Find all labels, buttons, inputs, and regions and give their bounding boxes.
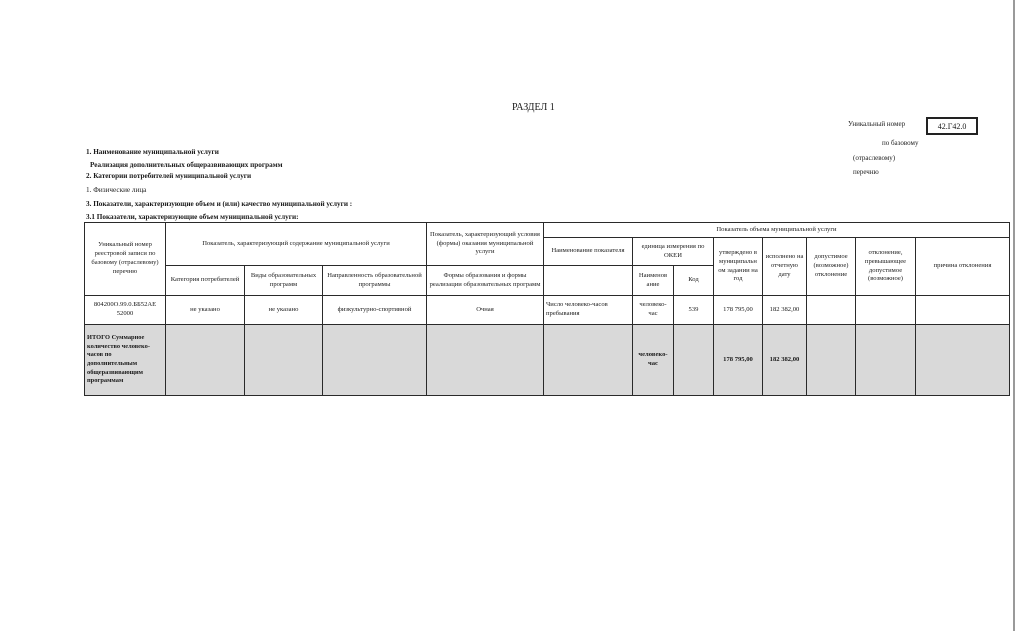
total-executed: 182 382,00 xyxy=(763,325,807,396)
total-empty xyxy=(674,325,714,396)
item1-heading: 1. Наименование муниципальной услуги xyxy=(86,148,219,156)
header-allowed-deviation: допустимое (возможное) отклонение xyxy=(807,238,856,296)
unique-number-line2: по базовому xyxy=(882,139,918,147)
cell-approved: 178 795,00 xyxy=(714,296,763,325)
total-empty xyxy=(323,325,427,396)
header-unique-record: Уникальный номер реестровой записи по ба… xyxy=(85,223,166,296)
header-approved: утверждено в муниципальн ом задании на г… xyxy=(714,238,763,296)
unique-number-line4: перечню xyxy=(853,168,879,176)
header-okei-name: Наименов ание xyxy=(633,266,674,296)
header-consumer-category: Категория потребителей xyxy=(166,266,245,296)
header-indicator-name: Наименование показателя xyxy=(544,238,633,266)
unique-number-value: 42.Г42.0 xyxy=(938,122,967,131)
total-empty xyxy=(807,325,856,396)
header-indicator-name-empty xyxy=(544,266,633,296)
header-okei-code: Код xyxy=(674,266,714,296)
total-empty xyxy=(544,325,633,396)
item1-value: Реализация дополнительных общеразвивающи… xyxy=(90,161,283,169)
unique-number-line3: (отраслевому) xyxy=(853,154,895,162)
header-okei-unit: единица измерения по ОКЕИ xyxy=(633,238,714,266)
total-row: ИТОГО Суммарное количество человеко-часо… xyxy=(85,325,1010,396)
total-empty xyxy=(166,325,245,396)
cell-consumer-category: не указано xyxy=(166,296,245,325)
total-approved: 178 795,00 xyxy=(714,325,763,396)
cell-unit-code: 539 xyxy=(674,296,714,325)
item2-heading: 2. Категории потребителей муниципальной … xyxy=(86,172,251,180)
cell-exceeding-deviation xyxy=(856,296,916,325)
scan-edge-line xyxy=(1013,0,1015,631)
total-empty xyxy=(245,325,323,396)
cell-education-form: Очная xyxy=(427,296,544,325)
header-deviation-reason: причина отклонения xyxy=(916,238,1010,296)
header-program-types: Виды образовательных программ xyxy=(245,266,323,296)
header-program-direction: Направленность образовательной программы xyxy=(323,266,427,296)
cell-allowed-deviation xyxy=(807,296,856,325)
section-title: РАЗДЕЛ 1 xyxy=(512,102,555,113)
cell-deviation-reason xyxy=(916,296,1010,325)
header-exceeding-deviation: отклонение, превышающее допустимое (возм… xyxy=(856,238,916,296)
cell-unit-name: человеко-час xyxy=(633,296,674,325)
header-volume-indicator: Показатель объема муниципальной услуги xyxy=(544,223,1010,238)
total-empty xyxy=(427,325,544,396)
volume-indicators-table: Уникальный номер реестровой записи по ба… xyxy=(84,222,1010,396)
header-conditions-indicator: Показатель, характеризующий условия (фор… xyxy=(427,223,544,266)
cell-indicator-name: Число человеко-часов пребывания xyxy=(544,296,633,325)
item2-value: 1. Физические лица xyxy=(86,186,146,194)
unique-number-label: Уникальный номер xyxy=(848,120,905,128)
cell-program-types: не указано xyxy=(245,296,323,325)
total-label: ИТОГО Суммарное количество человеко-часо… xyxy=(85,325,166,396)
header-education-forms: Формы образования и формы реализации обр… xyxy=(427,266,544,296)
header-executed: исполнено на отчетную дату xyxy=(763,238,807,296)
cell-unique-record: 804200О.99.0.ББ52АЕ 52000 xyxy=(85,296,166,325)
item31-heading: 3.1 Показатели, характеризующие объем му… xyxy=(86,213,299,221)
item3-heading: 3. Показатели, характеризующие объем и (… xyxy=(86,200,352,208)
header-content-indicator: Показатель, характеризующий содержание м… xyxy=(166,223,427,266)
cell-program-direction: физкультурно-спортивной xyxy=(323,296,427,325)
cell-executed: 182 382,00 xyxy=(763,296,807,325)
total-unit-name: человеко-час xyxy=(633,325,674,396)
total-empty xyxy=(916,325,1010,396)
table-row: 804200О.99.0.ББ52АЕ 52000 не указано не … xyxy=(85,296,1010,325)
unique-number-box: 42.Г42.0 xyxy=(926,117,978,135)
total-empty xyxy=(856,325,916,396)
